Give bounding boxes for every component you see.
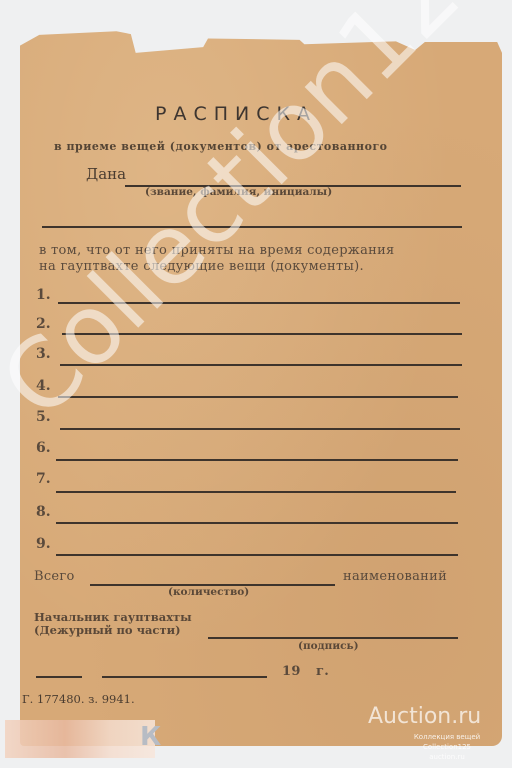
signature-line[interactable] bbox=[208, 637, 458, 639]
blurred-logo-letter: К bbox=[140, 722, 161, 752]
total-label: Всего bbox=[34, 569, 75, 584]
chief-title-1: Начальник гауптвахты bbox=[34, 610, 192, 624]
document-title: РАСПИСКА bbox=[155, 103, 317, 125]
issued-to-line-2 bbox=[42, 226, 462, 228]
item-line-7[interactable] bbox=[56, 491, 456, 493]
item-number-4: 4. bbox=[36, 378, 51, 394]
auction-watermark-small-1: Коллекция вещей bbox=[392, 733, 502, 741]
statement-line-1: в том, что от него приняты на время соде… bbox=[39, 243, 395, 258]
total-suffix: наименований bbox=[343, 569, 447, 584]
issued-to-label: Дана bbox=[86, 165, 126, 183]
item-number-9: 9. bbox=[36, 536, 51, 552]
item-line-9[interactable] bbox=[56, 554, 458, 556]
auction-watermark: Auction.ru bbox=[368, 704, 481, 729]
auction-watermark-small-3: auction.ru bbox=[392, 753, 502, 761]
issued-to-hint: (звание, фамилия, инициалы) bbox=[145, 186, 332, 198]
item-line-4[interactable] bbox=[58, 396, 458, 398]
date-month-line[interactable] bbox=[102, 676, 267, 678]
item-number-2: 2. bbox=[36, 316, 51, 332]
item-line-6[interactable] bbox=[56, 459, 458, 461]
statement-line-2: на гауптвахте следующие вещи (документы)… bbox=[39, 259, 364, 274]
chief-title-2: (Дежурный по части) bbox=[34, 623, 181, 637]
date-year-suffix: г. bbox=[316, 664, 329, 679]
print-code: Г. 177480. з. 9941. bbox=[22, 692, 135, 706]
item-number-8: 8. bbox=[36, 504, 51, 520]
signature-hint: (подпись) bbox=[298, 640, 359, 652]
item-number-1: 1. bbox=[36, 287, 51, 303]
item-line-5[interactable] bbox=[60, 428, 460, 430]
item-number-7: 7. bbox=[36, 471, 51, 487]
date-day-line[interactable] bbox=[36, 676, 82, 678]
item-line-3[interactable] bbox=[60, 364, 462, 366]
item-line-8[interactable] bbox=[56, 522, 458, 524]
document-subtitle: в приеме вещей (документов) от арестован… bbox=[54, 140, 388, 153]
item-number-3: 3. bbox=[36, 346, 51, 362]
auction-watermark-small-2: Collection125 bbox=[392, 743, 502, 751]
blurred-logo bbox=[5, 720, 155, 758]
total-hint: (количество) bbox=[168, 586, 249, 598]
item-number-6: 6. bbox=[36, 440, 51, 456]
item-number-5: 5. bbox=[36, 409, 51, 425]
date-century: 19 bbox=[282, 664, 301, 679]
item-line-2[interactable] bbox=[62, 333, 462, 335]
item-line-1[interactable] bbox=[58, 302, 460, 304]
